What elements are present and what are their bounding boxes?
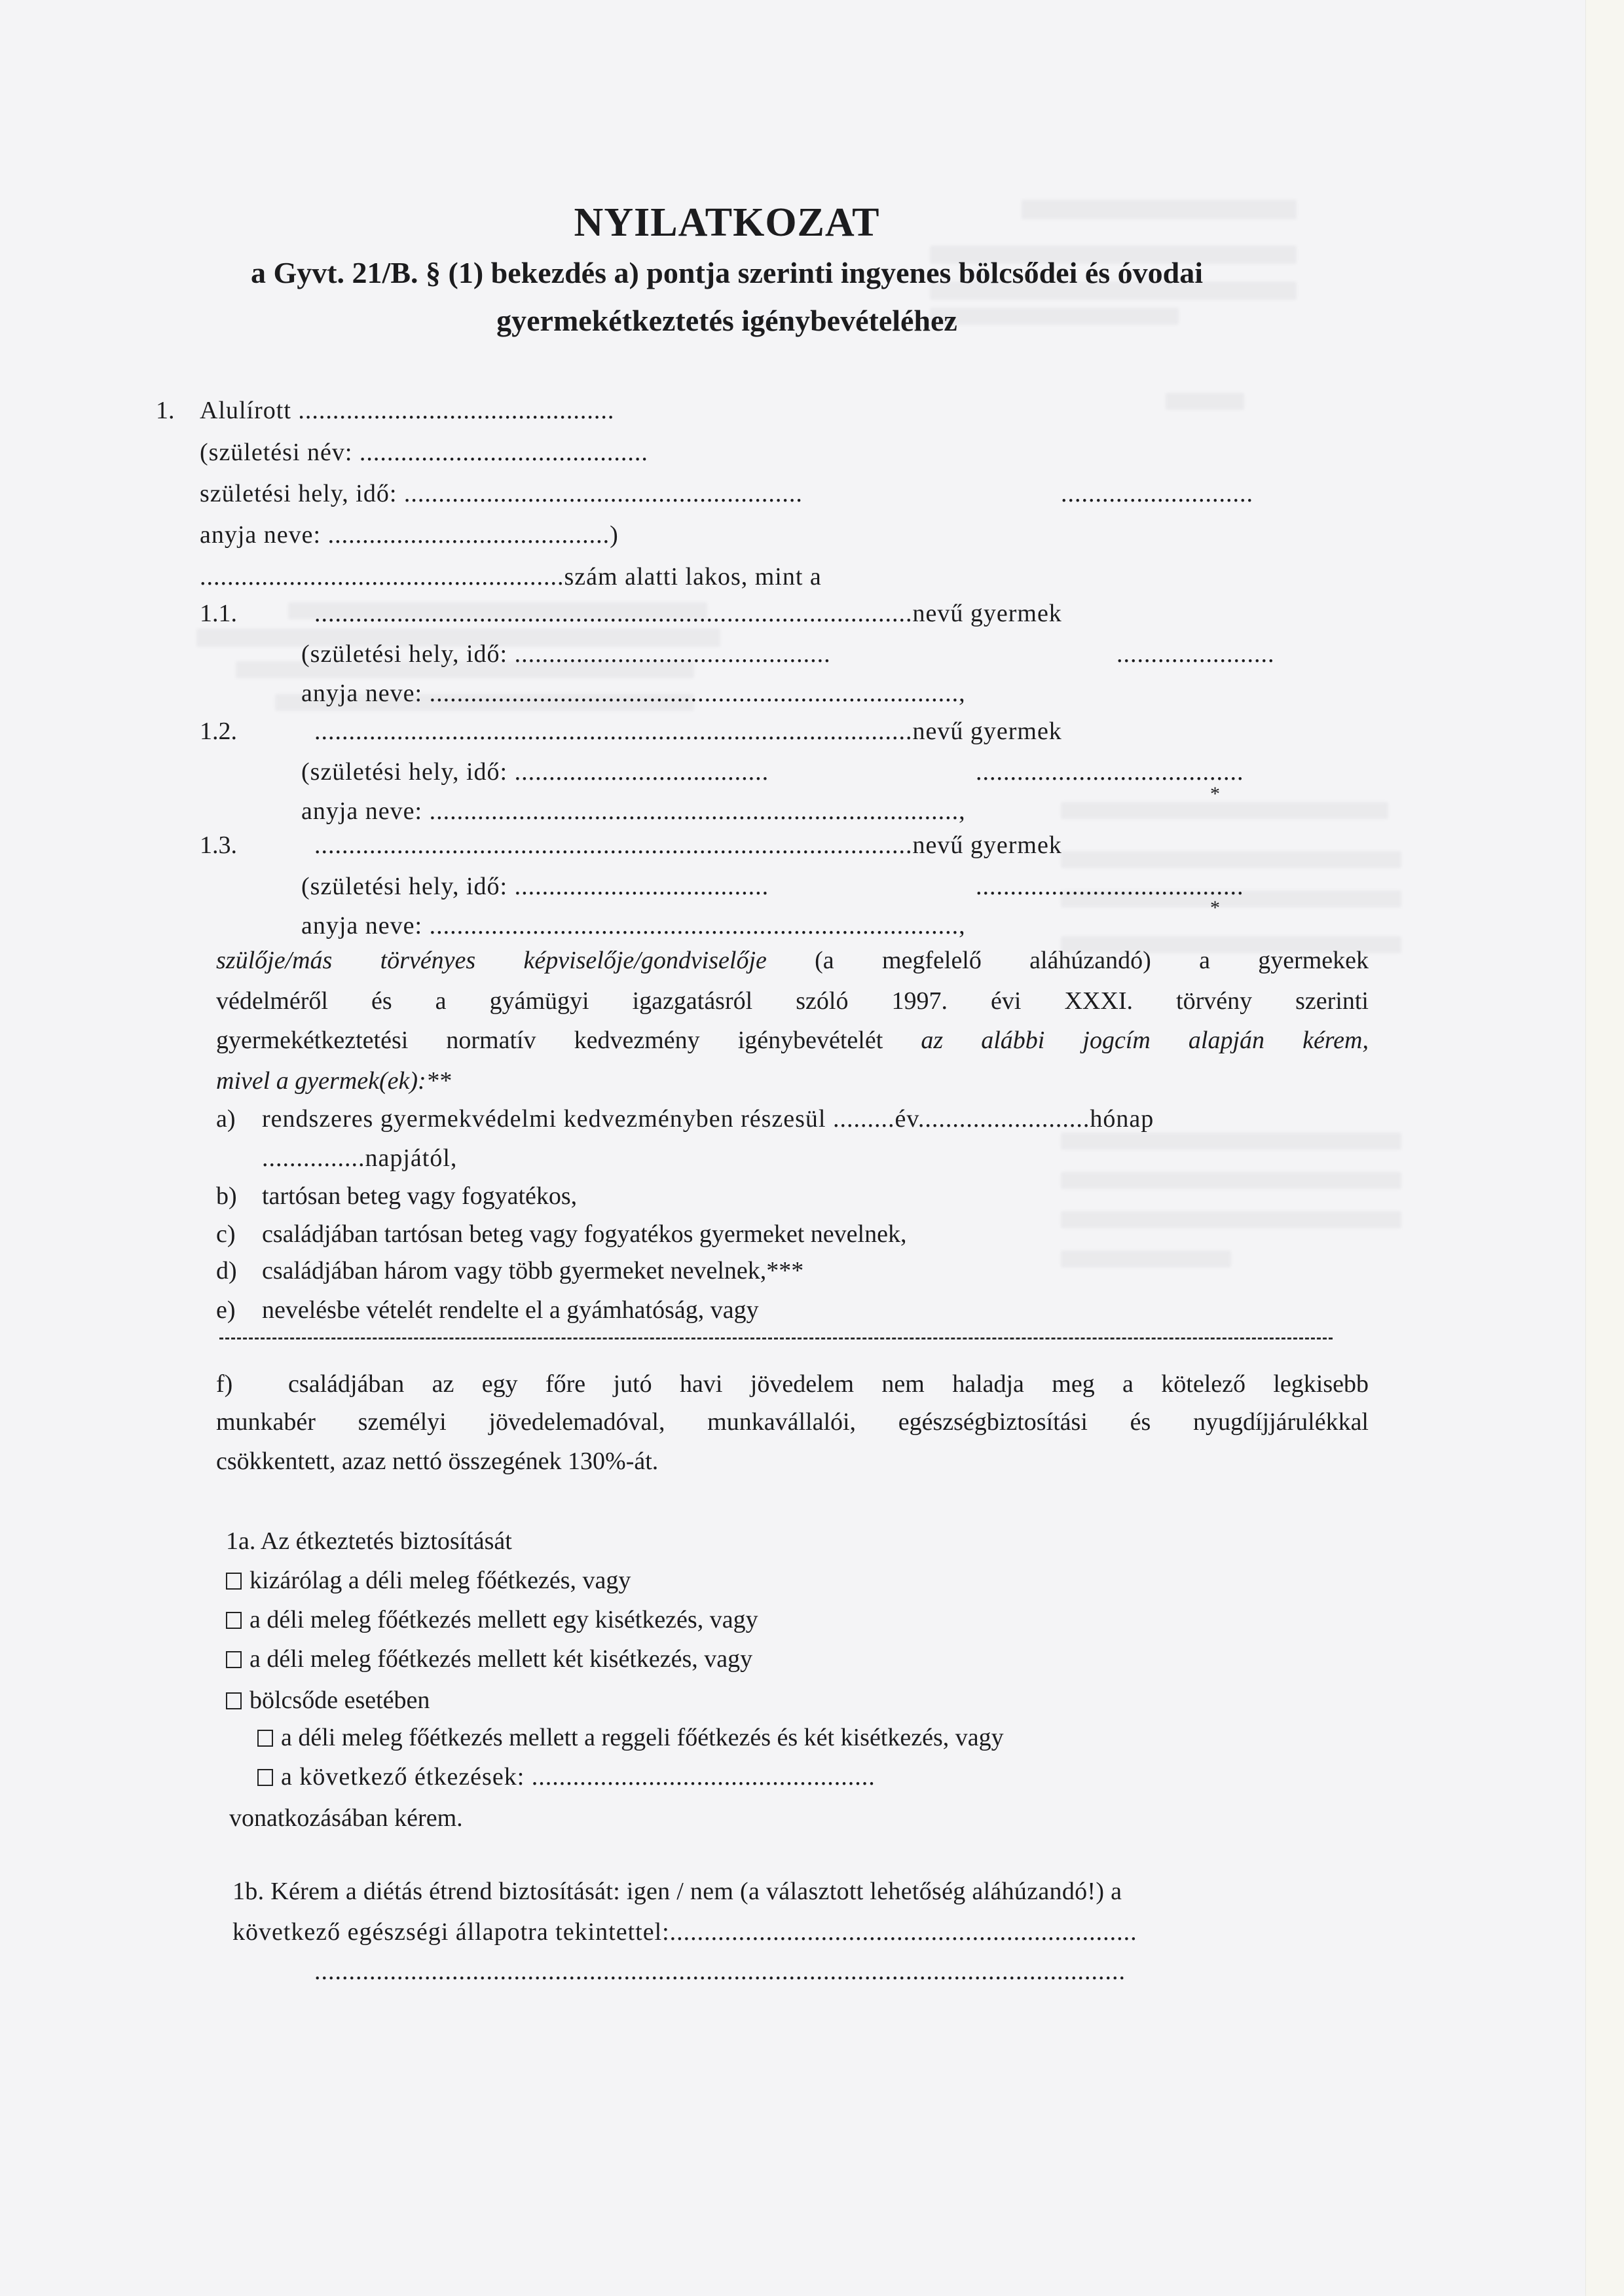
child-birth-place-field[interactable]: (születési hely, idő: ..................… [301, 874, 769, 899]
meal-option-label: a déli meleg főétkezés mellett két kisét… [249, 1645, 752, 1673]
child-mother-field[interactable]: anyja neve: ............................… [301, 799, 966, 824]
birth-place-field[interactable]: születési hely, idő: ...................… [200, 481, 803, 506]
meal-option-label: bölcsőde esetében [249, 1686, 430, 1714]
declaration-line-4: mivel a gyermek(ek):** [216, 1068, 451, 1093]
checkbox[interactable] [226, 1692, 242, 1709]
declaration-line-3: gyermekétkeztetési normatív kedvezmény i… [216, 1028, 1369, 1053]
bleed-through [1061, 1211, 1401, 1228]
declaration-text: gyermekétkeztetési normatív kedvezmény i… [216, 1027, 883, 1054]
bleed-through [1061, 851, 1401, 868]
child-birth-place-field[interactable]: (születési hely, idő: ..................… [301, 759, 769, 784]
birth-date-field[interactable]: ............................ [1061, 481, 1253, 506]
child-number: 1.2. [200, 719, 237, 744]
child-number: 1.3. [200, 833, 237, 858]
ground-a-date-field[interactable]: ...............napjától, [262, 1146, 457, 1171]
ground-f-text: családjában az egy főre jutó havi jövede… [288, 1370, 1369, 1398]
child-birth-date-field[interactable]: ....................................... [976, 759, 1244, 784]
nursery-option[interactable]: a déli meleg főétkezés mellett a reggeli… [257, 1725, 1004, 1750]
nursery-option[interactable]: a következő étkezések: .................… [257, 1764, 876, 1789]
ground-label: f) [216, 1370, 232, 1398]
child-birth-date-field[interactable]: ....................................... [976, 874, 1244, 899]
document-title: NYILATKOZAT [0, 200, 1454, 246]
ground-d-text: családjában három vagy több gyermeket ne… [262, 1258, 803, 1283]
ground-f-line-1: f) családjában az egy főre jutó havi jöv… [216, 1372, 1369, 1396]
meal-option[interactable]: a déli meleg főétkezés mellett két kisét… [226, 1647, 752, 1671]
checkbox[interactable] [226, 1573, 242, 1590]
bleed-through [1061, 1250, 1231, 1267]
declarant-name-field[interactable]: Alulírott ..............................… [200, 398, 614, 423]
mother-name-field[interactable]: anyja neve: ............................… [200, 522, 619, 547]
section-1a-heading: 1a. Az étkeztetés biztosítását [226, 1529, 512, 1554]
bleed-through [1166, 393, 1244, 410]
ground-label: d) [216, 1258, 237, 1283]
health-condition-field-2[interactable]: ........................................… [314, 1959, 1126, 1984]
birth-name-field[interactable]: (születési név: ........................… [200, 440, 648, 465]
child-birth-place-field[interactable]: (születési hely, idő: ..................… [301, 642, 831, 666]
declaration-line-1: szülője/más törvényes képviselője/gondvi… [216, 948, 1369, 973]
meal-option[interactable]: a déli meleg főétkezés mellett egy kisét… [226, 1607, 758, 1632]
ground-c-text: családjában tartósan beteg vagy fogyaték… [262, 1222, 906, 1247]
child-name-field[interactable]: ........................................… [314, 719, 1062, 744]
meal-option[interactable]: bölcsőde esetében [226, 1688, 430, 1713]
checkbox[interactable] [257, 1769, 273, 1786]
nursery-option-label: a déli meleg főétkezés mellett a reggeli… [281, 1724, 1004, 1751]
meal-option-label: a déli meleg főétkezés mellett egy kisét… [249, 1606, 758, 1633]
diet-request-line[interactable]: 1b. Kérem a diétás étrend biztosítását: … [232, 1879, 1122, 1904]
declaration-text: (a megfelelő aláhúzandó) a gyermekek [815, 947, 1369, 974]
ground-a-text[interactable]: rendszeres gyermekvédelmi kedvezményben … [262, 1106, 1154, 1131]
declaration-line-2: védelméről és a gyámügyi igazgatásról sz… [216, 989, 1369, 1013]
child-number: 1.1. [200, 601, 237, 626]
document-subtitle-2: gyermekétkeztetés igénybevételéhez [0, 303, 1454, 338]
child-mother-field[interactable]: anyja neve: ............................… [301, 681, 966, 706]
guardian-options[interactable]: szülője/más törvényes képviselője/gondvi… [216, 947, 767, 974]
child-mother-field[interactable]: anyja neve: ............................… [301, 913, 966, 938]
separator-dashed [219, 1338, 1333, 1339]
ground-label: a) [216, 1106, 236, 1131]
child-name-field[interactable]: ........................................… [314, 601, 1062, 626]
section-1a-closing: vonatkozásában kérem. [229, 1806, 463, 1831]
checkbox[interactable] [226, 1651, 242, 1668]
meal-option-label: kizárólag a déli meleg főétkezés, vagy [249, 1567, 631, 1594]
ground-e-text: nevelésbe vételét rendelte el a gyámható… [262, 1298, 759, 1322]
checkbox[interactable] [257, 1730, 273, 1747]
child-name-field[interactable]: ........................................… [314, 833, 1062, 858]
health-condition-field[interactable]: következő egészségi állapotra tekintette… [232, 1920, 1137, 1944]
child-birth-date-field[interactable]: ....................... [1116, 642, 1275, 666]
footnote-marker: * [1210, 784, 1220, 804]
section-number: 1. [156, 398, 175, 423]
meal-option[interactable]: kizárólag a déli meleg főétkezés, vagy [226, 1568, 631, 1593]
ground-label: e) [216, 1298, 236, 1322]
ground-label: b) [216, 1184, 237, 1209]
checkbox[interactable] [226, 1612, 242, 1629]
ground-label: c) [216, 1222, 236, 1247]
declaration-text-italic: az alábbi jogcím alapján kérem, [921, 1027, 1369, 1054]
nursery-option-label: a következő étkezések: .................… [281, 1763, 876, 1791]
address-field[interactable]: ........................................… [200, 564, 822, 589]
footnote-marker: * [1210, 898, 1220, 918]
ground-f-line-2: munkabér személyi jövedelemadóval, munka… [216, 1410, 1369, 1434]
bleed-through [1061, 802, 1388, 819]
document-subtitle: a Gyvt. 21/B. § (1) bekezdés a) pontja s… [0, 255, 1454, 290]
scan-edge-strip [1585, 0, 1624, 2296]
ground-f-line-3: csökkentett, azaz nettó összegének 130%-… [216, 1449, 658, 1474]
bleed-through [1061, 1172, 1401, 1189]
ground-b-text: tartósan beteg vagy fogyatékos, [262, 1184, 577, 1209]
bleed-through [1061, 1133, 1401, 1150]
